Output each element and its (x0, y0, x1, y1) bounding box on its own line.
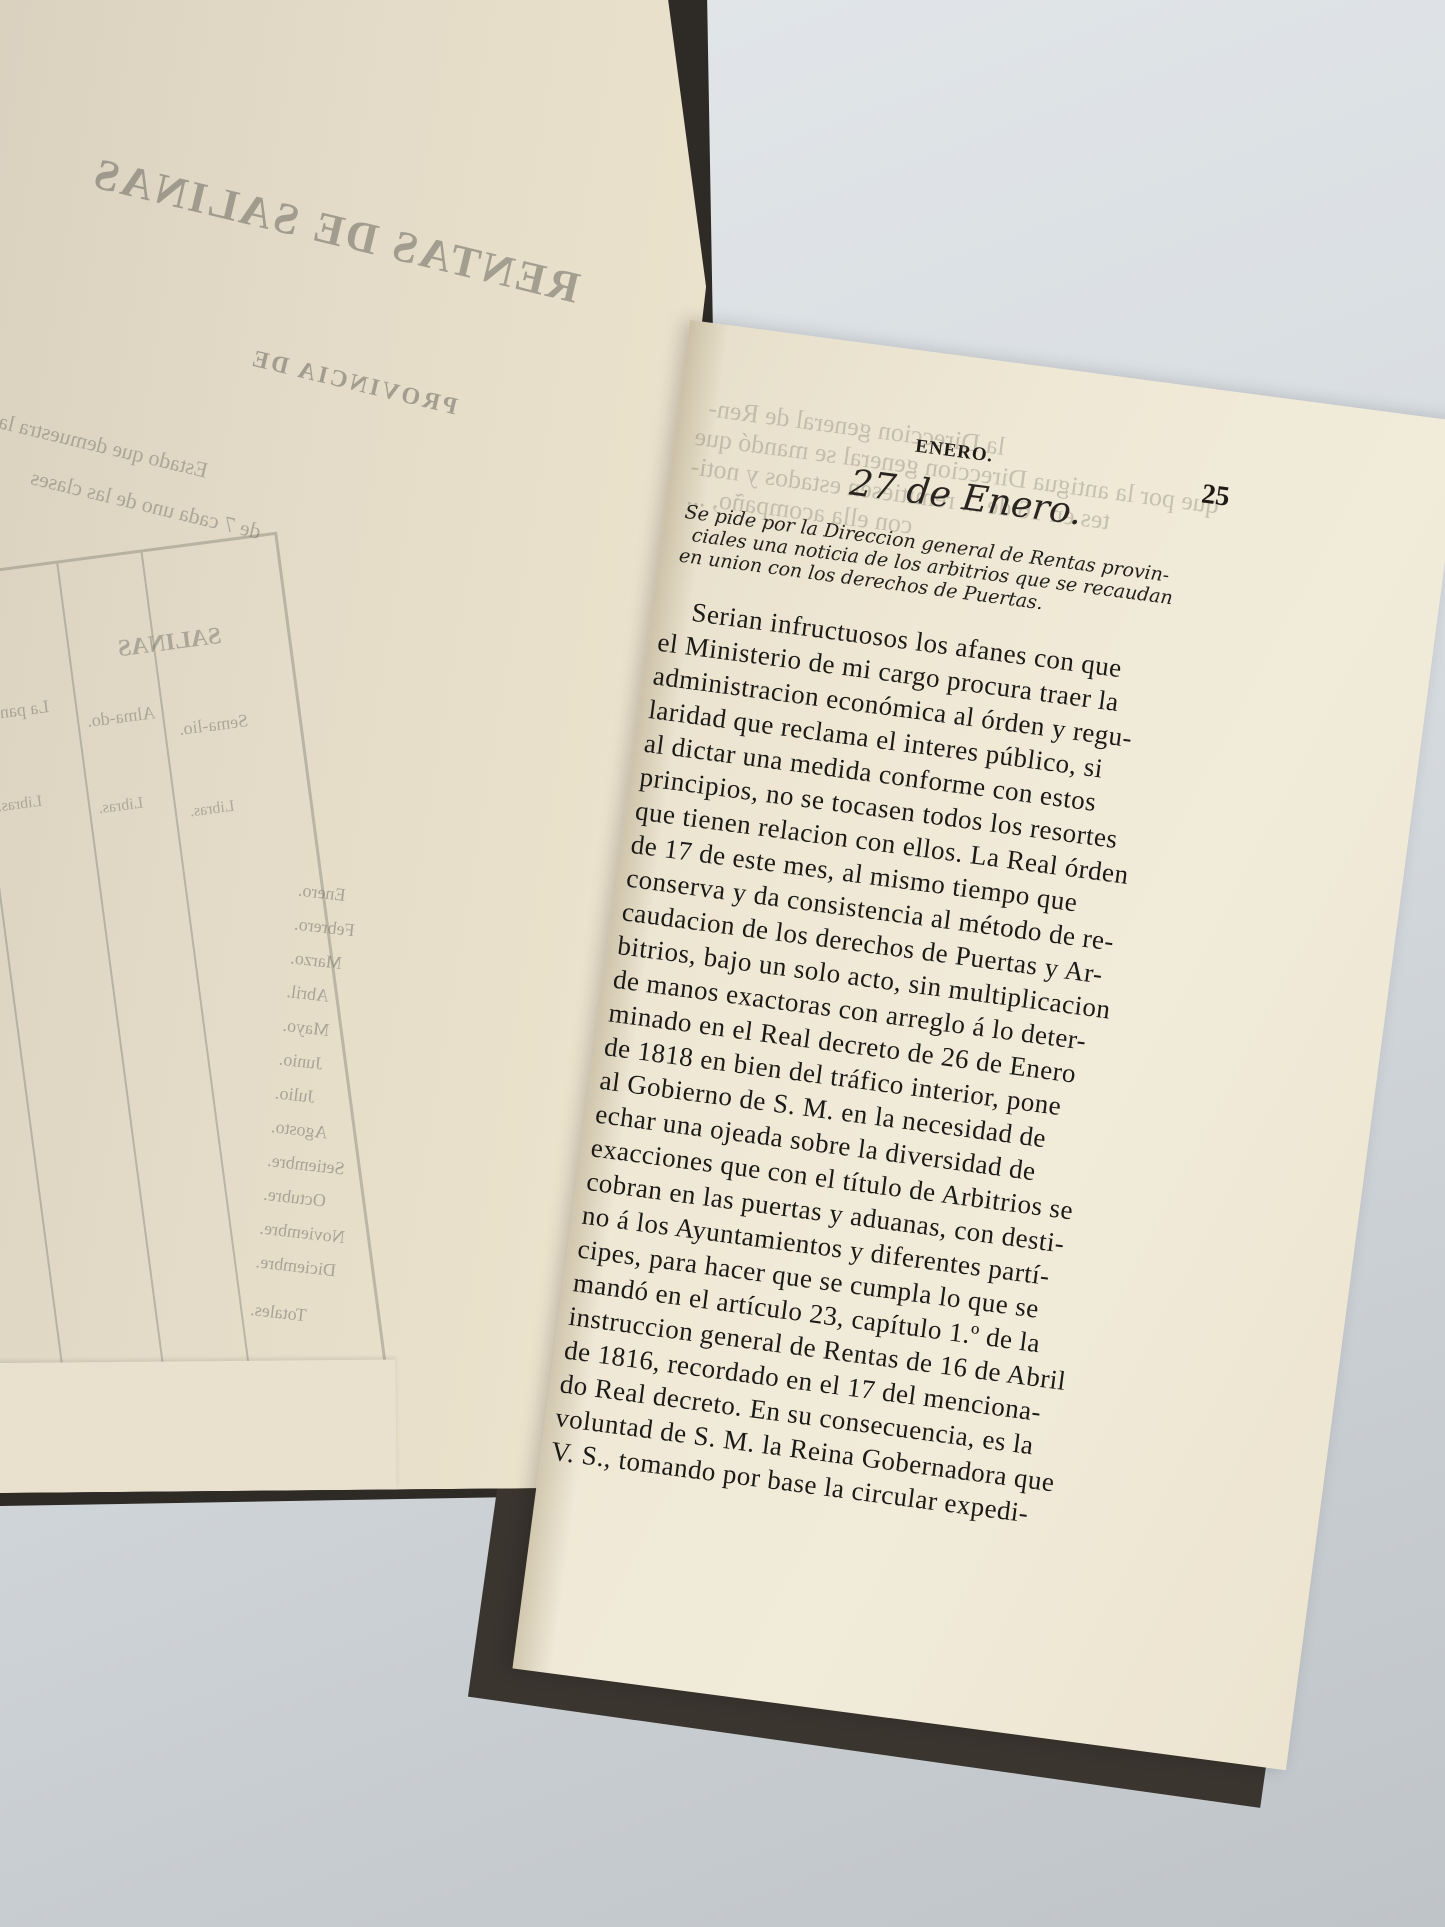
bleed-title: RENTAS DE SALINAS (87, 147, 585, 313)
body-text: Serian infructuosos los afanes con que e… (549, 591, 1200, 1538)
table-column-rule (141, 552, 255, 1405)
page-number: 25 (1200, 478, 1232, 513)
table-column-rule (56, 563, 170, 1416)
table-header: La pan. (0, 696, 50, 724)
bleed-subtitle: PROVINCIA DE (247, 345, 460, 421)
photo-scene: RENTAS DE SALINAS PROVINCIA DE Estado qu… (0, 0, 1445, 1927)
page-content: ENERO. 25 27 de Enero. Se pide por la Di… (700, 321, 1216, 389)
table-header: Sema-lio. (178, 710, 250, 740)
table-sub-label: Libras. (0, 793, 43, 817)
bleed-line: de 7 cada uno de las clases (28, 465, 263, 545)
table-sub-label: Libras. (189, 798, 236, 822)
table-header: SALINAS (116, 623, 223, 663)
table-sub-label: Libras. (98, 795, 145, 819)
folded-table-flap (0, 1360, 397, 1494)
table-header: Alma-do. (86, 702, 157, 732)
